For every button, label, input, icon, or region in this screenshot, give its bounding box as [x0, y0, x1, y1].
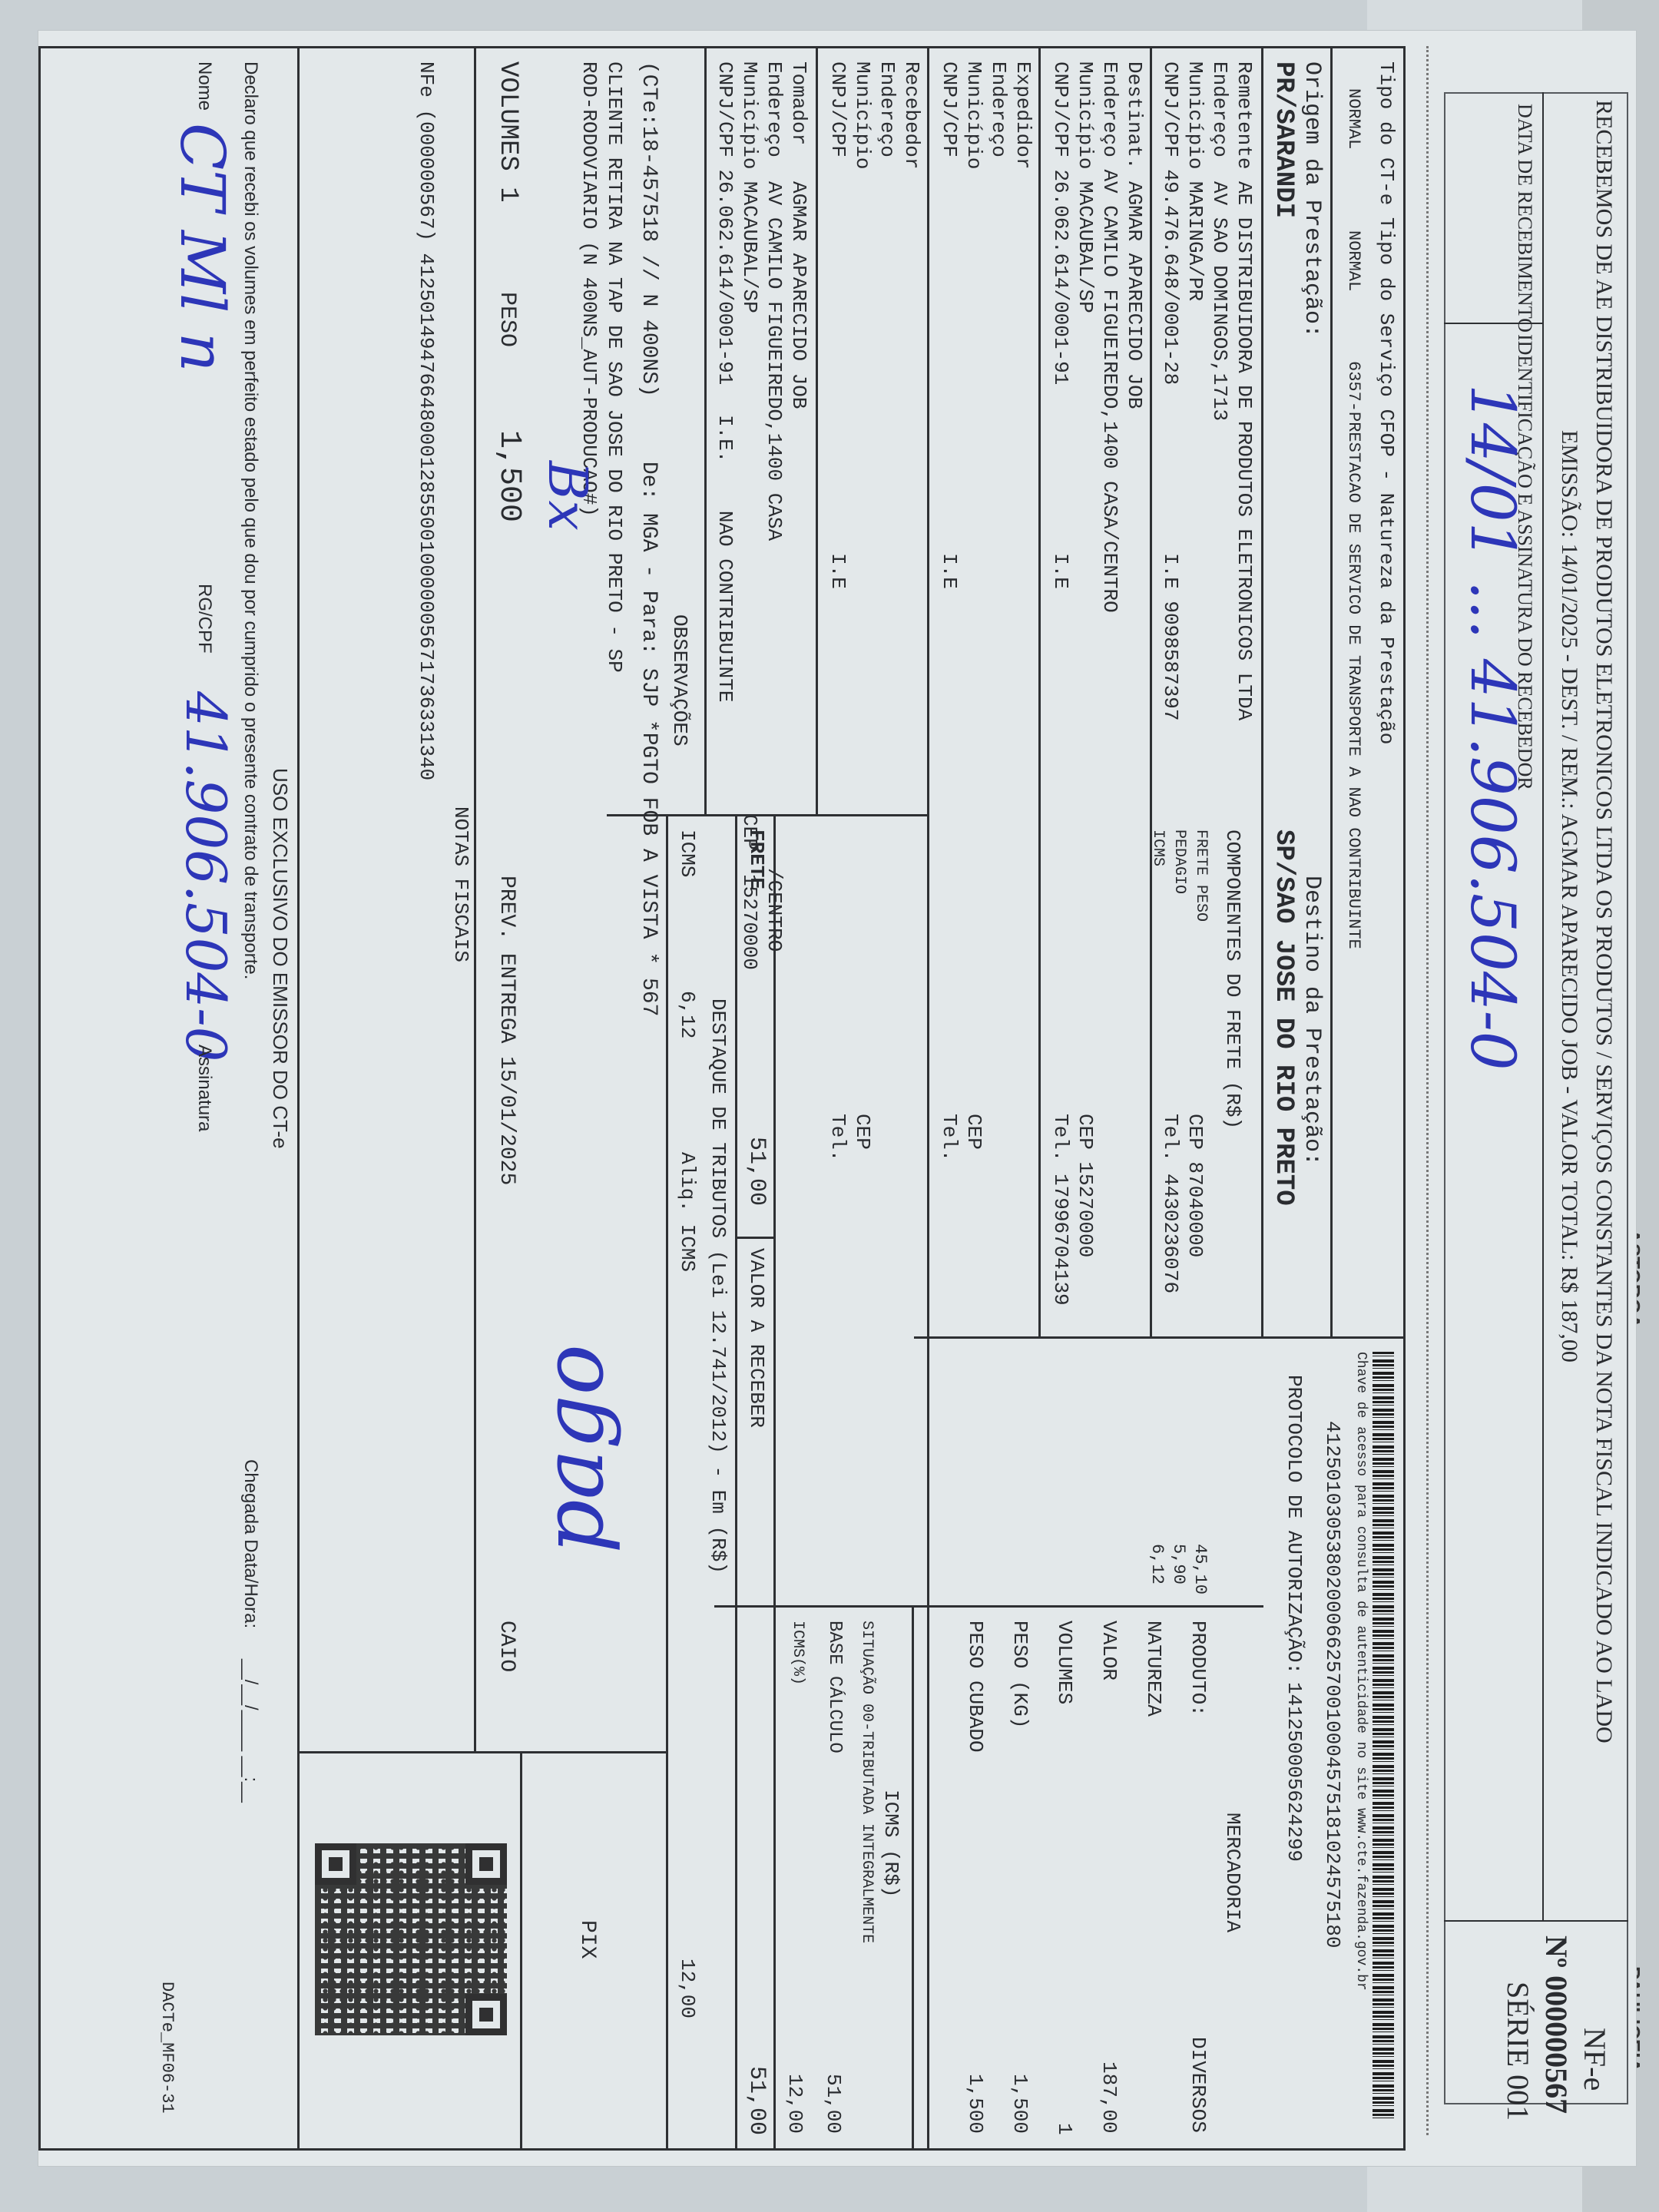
tomador-endereco: Endereço AV CAMILO FIGUEIREDO,1400 CASA	[763, 61, 786, 541]
tipo-cte-value: NORMAL	[1344, 88, 1363, 149]
recebedor-ie-label: I.E	[826, 553, 849, 589]
protocolo-label: PROTOCOLO DE AUTORIZAÇÃO:	[1283, 1375, 1306, 1674]
tributos-title: DESTAQUE DE TRIBUTOS (Lei 12.741/2012) -…	[707, 998, 730, 1574]
mercadoria-row-value: DIVERSOS	[1187, 2037, 1210, 2151]
nfe-series: SÉRIE 001	[1500, 1982, 1536, 2121]
remetente-tel: Tel. 4430236076	[1159, 1114, 1182, 1293]
declaracao-text: Declaro que recebi os volumes em perfeit…	[240, 61, 261, 979]
tomador-ie: I.E. NAO CONTRIBUINTE	[714, 415, 737, 702]
chave-barcode	[1373, 1352, 1394, 2120]
destinatario-ie: I.E	[1049, 553, 1072, 589]
observacoes-line3: ROD-RODOVIARIO (N 400NS_AUT-PRODUCAO#)	[578, 61, 601, 517]
componente-label: FRETE PESO	[1192, 829, 1210, 922]
recebedor-tel-label: Tel.	[826, 1114, 849, 1161]
expedidor-label: Expedidor	[1012, 61, 1035, 169]
canhoto-handwritten-signature: 14/01 ... 41.906.504-0	[1457, 384, 1528, 1071]
tributos-aliq-label: Aliq. ICMS	[676, 1152, 699, 1272]
expedidor-municipio-label: Município	[962, 61, 985, 169]
nfe-type: NF-e	[1577, 2028, 1613, 2091]
handwritten-initials: Bx	[536, 461, 599, 531]
frete-value: 51,00	[743, 1137, 770, 1206]
recebedor-endereco-label: Endereço	[876, 61, 899, 157]
payment-method: PIX	[575, 1920, 599, 1959]
tipo-header-line: Tipo do CT-e Tipo do Serviço CFOP - Natu…	[1375, 61, 1398, 744]
icms-base-label: BASE CÁLCULO	[824, 1621, 845, 1753]
componente-label: PEDAGIO	[1171, 829, 1188, 894]
origem-label: Origem da Prestação:	[1299, 61, 1325, 338]
observacoes-line1: (CTe:18-457518 // N 400NS) De: MGA - Par…	[637, 61, 661, 1016]
recebedor-municipio-label: Município	[851, 61, 874, 169]
mercadoria-row-label: PESO (KG)	[1008, 1621, 1031, 1728]
icms-aliq-value: 12,00	[783, 2074, 806, 2134]
expedidor-ie-label: I.E	[938, 553, 961, 589]
icms-base-value: 51,00	[822, 2074, 845, 2134]
componente-label: ICMS	[1149, 829, 1167, 866]
remetente-ie: I.E 9098587397	[1159, 553, 1182, 720]
remetente-municipio: Município MARINGA/PR	[1184, 61, 1207, 301]
cfop-value: 6357-PRESTACAO DE SERVICO DE TRANSPORTE …	[1344, 361, 1363, 949]
prev-entrega: PREV. ENTREGA 15/01/2025	[495, 876, 518, 1185]
vendedor-name: CAIO	[495, 1621, 518, 1672]
mercadoria-row-value: 1,500	[964, 2074, 987, 2151]
tipo-servico-value: NORMAL	[1344, 230, 1363, 291]
chegada-field[interactable]: __/__/____ __:__	[240, 1659, 261, 1803]
tomador-municipio: Município MACAUBAL/SP	[738, 61, 761, 313]
canhoto-receipt-text: RECEBEMOS DE AE DISTRIBUIDORA DE PRODUTO…	[1591, 100, 1617, 1743]
observacoes-line2: CLIENTE RETIRA NA TAP DE SAO JOSE DO RIO…	[603, 61, 626, 673]
componente-value: 45,10	[1190, 1544, 1210, 1594]
icms-title: ICMS (R$)	[879, 1790, 902, 1897]
destinatario-cnpj: CNPJ/CPF 26.062.614/0001-91	[1049, 61, 1072, 385]
recebedor-label: Recebedor	[900, 61, 923, 169]
tomador-cnpj: CNPJ/CPF 26.062.614/0001-91	[714, 61, 737, 385]
tear-line	[1426, 46, 1429, 2135]
componente-value: 5,90	[1169, 1544, 1188, 1584]
assinatura-label: Assinatura	[194, 1045, 215, 1131]
mercadoria-row-label: VALOR	[1098, 1621, 1121, 1681]
mercadoria-row-value: 1	[1053, 2123, 1076, 2151]
nome-label: Nome	[194, 61, 215, 111]
remetente-line: Remetente AE DISTRIBUIDORA DE PRODUTOS E…	[1233, 61, 1256, 720]
mercadoria-row-value: 187,00	[1098, 2061, 1121, 2151]
origem-value: PR/SARANDI	[1269, 61, 1298, 218]
expedidor-endereco-label: Endereço	[987, 61, 1010, 157]
destinatario-line: Destinat. AGMAR APARECIDO JOB	[1123, 61, 1146, 409]
icms-aliq-label: ICMS(%)	[789, 1621, 806, 1685]
mercadoria-row-label: PRODUTO:	[1187, 1621, 1210, 1717]
observacoes-title: OBSERVAÇÕES	[668, 614, 691, 747]
chave-label: Chave de acesso para consulta de autenti…	[1353, 1352, 1369, 1991]
destino-value: SP/SAO JOSE DO RIO PRETO	[1269, 829, 1298, 1206]
destinatario-endereco: Endereço AV CAMILO FIGUEIREDO,1400 CASA/…	[1098, 61, 1121, 613]
destinatario-cep: CEP 15270000	[1074, 1114, 1097, 1257]
componente-value: 6,12	[1147, 1544, 1167, 1584]
destinatario-municipio: Município MACAUBAL/SP	[1074, 61, 1097, 313]
mercadoria-row-label: NATUREZA	[1142, 1621, 1165, 1717]
valor-receber-value: 51,00	[743, 2066, 770, 2135]
canhoto-emission-line: EMISSÃO: 14/01/2025 - DEST. / REM.: AGMA…	[1556, 430, 1582, 1363]
canhoto-date-label: DATA DE RECEBIMENTO	[1513, 104, 1536, 333]
remetente-cep: CEP 87040000	[1184, 1114, 1207, 1257]
peso-value: 1,500	[492, 430, 526, 522]
tributos-icms-value: 6,12	[676, 991, 699, 1038]
tributos-icms-label: ICMS	[676, 829, 699, 877]
frete-label: FRETE	[745, 829, 768, 889]
tomador-line: Tomador AGMAR APARECIDO JOB	[787, 61, 810, 409]
rg-label: RG/CPF	[194, 584, 215, 654]
mercadoria-row-label: VOLUMES	[1053, 1621, 1076, 1704]
form-code: DACTe_MF06-31	[157, 1982, 177, 2114]
dacte-document: RECEBEMOS DE AE DISTRIBUIDORA DE PRODUTO…	[0, 0, 1659, 2212]
expedidor-cnpj-label: CNPJ/CPF	[938, 61, 961, 157]
uso-exclusivo: USO EXCLUSIVO DO EMISSOR DO CT-e	[268, 768, 292, 1149]
nfe-number: Nº 000000567	[1538, 1936, 1575, 2114]
handwritten-rg: 41.906.504-0	[174, 691, 238, 1061]
peso-label: PESO	[494, 292, 520, 347]
expedidor-cep-label: CEP	[962, 1114, 985, 1150]
mercadoria-row-label: PESO CUBADO	[964, 1621, 987, 1753]
notas-nfe[interactable]: NFe (000000567) 412501494766480001285500…	[415, 61, 438, 780]
chave-value[interactable]: 4125010305380200066257001000457518102457…	[1321, 1421, 1344, 1949]
destinatario-tel: Tel. 17996704139	[1049, 1114, 1072, 1306]
mercadoria-title: MERCADORIA	[1221, 1813, 1244, 1932]
recebedor-cep-label: CEP	[851, 1114, 874, 1150]
handwritten-nome-signature: CT Ml n	[167, 123, 238, 372]
componentes-title: COMPONENTES DO FRETE (R$)	[1221, 829, 1244, 1129]
remetente-cnpj: CNPJ/CPF 49.476.648/0001-28	[1159, 61, 1182, 385]
qr-code[interactable]	[315, 1843, 507, 2035]
remetente-endereco: Endereço AV SAO DOMINGOS,1713	[1208, 61, 1231, 421]
valor-receber-label: VALOR A RECEBER	[745, 1248, 768, 1428]
volumes-line: VOLUMES 1	[493, 61, 522, 203]
expedidor-tel-label: Tel.	[938, 1114, 961, 1161]
recebedor-cnpj-label: CNPJ/CPF	[826, 61, 849, 157]
tributos-aliq-value: 12,00	[676, 1959, 699, 2018]
protocolo-value: 141250005624299	[1283, 1682, 1306, 1862]
handwritten-pago-stamp: pago	[524, 1344, 622, 1554]
icms-situacao: SITUAÇÃO 00-TRIBUTADA INTEGRALMENTE	[858, 1621, 876, 1943]
destino-label: Destino da Prestação:	[1299, 876, 1325, 1166]
notas-title: NOTAS FISCAIS	[449, 806, 472, 962]
mercadoria-row-value: 1,500	[1008, 2074, 1031, 2151]
chegada-label: Chegada Data/Hora:	[240, 1459, 261, 1628]
